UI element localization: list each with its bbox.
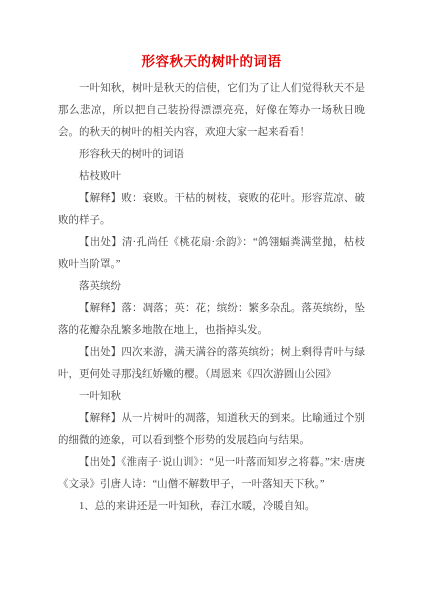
paragraph: 落英缤纷: [58, 276, 365, 298]
page-title: 形容秋天的树叶的词语: [58, 51, 365, 73]
paragraph: 1、总的来讲还是一叶知秋，春江水暖，冷暖自知。: [58, 496, 365, 518]
paragraph: 枯枝败叶: [58, 166, 365, 188]
paragraph: 【出处】清·孔尚任《桃花扇·余韵》：“鸽翎蝠粪满堂抛，枯枝败叶当阶罩。”: [58, 232, 365, 276]
paragraph: 形容秋天的树叶的词语: [58, 144, 365, 166]
paragraph: 【解释】从一片树叶的凋落，知道秋天的到来。比喻通过个别的细微的迹象，可以看到整个…: [58, 408, 365, 452]
paragraph: 一叶知秋: [58, 386, 365, 408]
paragraph-list: 一叶知秋，树叶是秋天的信使，它们为了让人们觉得秋天不是那么悲凉，所以把自己装扮得…: [58, 78, 365, 518]
paragraph: 【解释】败：衰败。干枯的树枝，衰败的花叶。形容荒凉、破败的样子。: [58, 188, 365, 232]
paragraph: 一叶知秋，树叶是秋天的信使，它们为了让人们觉得秋天不是那么悲凉，所以把自己装扮得…: [58, 78, 365, 144]
document-page: 形容秋天的树叶的词语 一叶知秋，树叶是秋天的信使，它们为了让人们觉得秋天不是那么…: [0, 0, 423, 600]
paragraph: 【出处】四次来游，满天满谷的落英缤纷；树上剩得青叶与绿叶，更何处寻那浅红娇嫩的樱…: [58, 342, 365, 386]
paragraph: 【解释】落：凋落；英：花；缤纷：繁多杂乱。落英缤纷，坠落的花瓣杂乱繁多地散在地上…: [58, 298, 365, 342]
paragraph: 【出处】《淮南子·说山训》：“见一叶落而知岁之将暮。”宋·唐庚《文录》引唐人诗：…: [58, 452, 365, 496]
